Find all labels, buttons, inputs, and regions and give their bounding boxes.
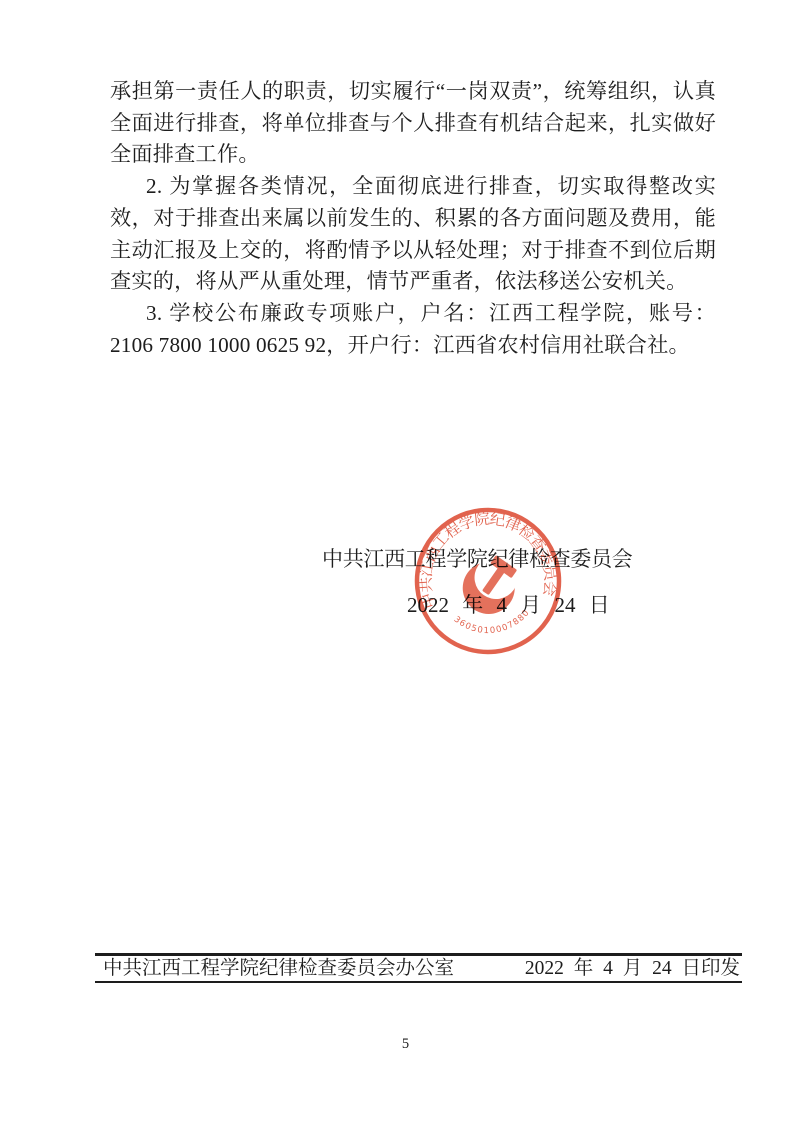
footer-rule-top — [95, 953, 742, 956]
footer: 中共江西工程学院纪律检查委员会办公室 2022 年 4 月 24 日印发 — [95, 957, 742, 981]
page-number: 5 — [0, 1036, 793, 1053]
footer-rule-bottom — [95, 981, 742, 983]
hammer-sickle-icon — [456, 552, 524, 620]
body-text: 承担第一责任人的职责，切实履行“一岗双责”，统筹组织，认真全面进行排查，将单位排… — [110, 76, 716, 361]
official-seal: 中共江西工程学院纪律检查委员会 3605010007880 — [403, 496, 573, 666]
paragraph: 2. 为掌握各类情况，全面彻底进行排查，切实取得整改实效，对于排查出来属以前发生… — [110, 171, 716, 298]
paragraph: 3. 学校公布廉政专项账户，户名：江西工程学院，账号：2106 7800 100… — [110, 298, 716, 361]
footer-print-date: 2022 年 4 月 24 日印发 — [525, 957, 742, 981]
paragraph: 承担第一责任人的职责，切实履行“一岗双责”，统筹组织，认真全面进行排查，将单位排… — [110, 76, 716, 171]
document-page: 承担第一责任人的职责，切实履行“一岗双责”，统筹组织，认真全面进行排查，将单位排… — [0, 0, 793, 1122]
footer-issuer: 中共江西工程学院纪律检查委员会办公室 — [95, 957, 454, 981]
